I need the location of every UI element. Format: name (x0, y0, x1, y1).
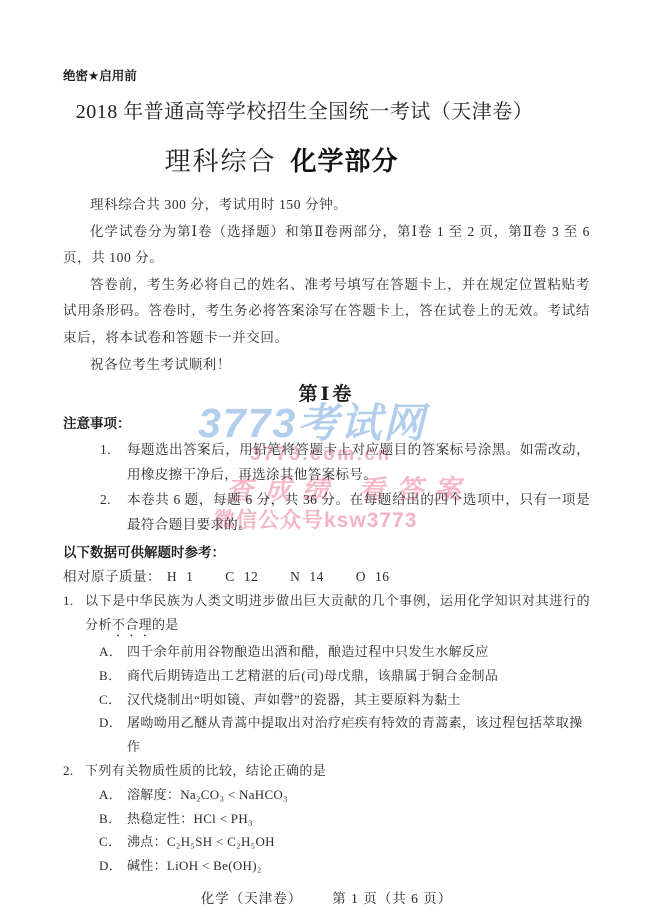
section-1-heading: 第Ⅰ卷 (63, 379, 590, 406)
page-content: 绝密★启用前 2018 年普通高等学校招生全国统一考试（天津卷） 理科综合 化学… (0, 0, 650, 907)
subject-course-label: 理科综合 (164, 147, 276, 176)
question-1: 1. 以下是中华民族为人类文明进步做出巨大贡献的几个事例，运用化学知识对其进行的… (63, 589, 590, 759)
atomic-mass-entry: H1 (165, 569, 194, 584)
option-text: 碱性：LiOH < Be(OH)₂ (127, 854, 590, 878)
instruction-paragraph: 答卷前，考生务必将自己的姓名、准考号填写在答题卡上，并在规定位置粘贴考试用条形码… (63, 272, 590, 352)
question-stem-text: 下列有关物质性质的比较，结论正确的是 (85, 759, 590, 783)
classification-label: 绝密★启用前 (63, 66, 590, 84)
subject-title: 理科综合 化学部分 (18, 141, 545, 178)
question-number: 2. (63, 759, 85, 783)
element-symbol: H (167, 569, 177, 584)
option-text: 溶解度：Na₂CO₃ < NaHCO₃ (127, 783, 590, 807)
notice-item-text: 每题选出答案后，用铅笔将答题卡上对应题目的答案标号涂黑。如需改动，用橡皮擦干净后… (127, 437, 590, 487)
atomic-mass-label: 相对原子质量： (63, 569, 161, 584)
exam-instructions: 理科综合共 300 分，考试用时 150 分钟。 化学试卷分为第Ⅰ卷（选择题）和… (63, 192, 590, 378)
question-2-option-b: B． 热稳定性：HCl < PH₃ (63, 807, 590, 831)
footer-page-number: 第 1 页（共 6 页） (332, 891, 452, 906)
element-mass: 14 (309, 569, 324, 584)
exam-paper-page: 3773考试网 3773.com.cn 查成绩 看答案 微信公众号ksw3773… (0, 0, 650, 918)
element-symbol: N (290, 569, 300, 584)
footer-subject: 化学（天津卷） (201, 891, 303, 906)
question-2: 2. 下列有关物质性质的比较，结论正确的是 A． 溶解度：Na₂CO₃ < Na… (63, 759, 590, 878)
option-label: A． (99, 783, 127, 807)
option-label: C． (99, 830, 127, 854)
notice-item: 1. 每题选出答案后，用铅笔将答题卡上对应题目的答案标号涂黑。如需改动，用橡皮擦… (63, 437, 590, 487)
notice-item-text: 本卷共 6 题，每题 6 分，共 36 分。在每题给出的四个选项中，只有一项是最… (127, 487, 590, 537)
element-mass: 12 (244, 569, 259, 584)
option-label: D． (99, 711, 127, 759)
option-text: 沸点：C₂H₅SH < C₂H₅OH (127, 830, 590, 854)
question-2-option-a: A． 溶解度：Na₂CO₃ < NaHCO₃ (63, 783, 590, 807)
element-mass: 1 (186, 569, 193, 584)
stem-text-post: 的是 (152, 617, 179, 632)
question-stem-text: 以下是中华民族为人类文明进步做出巨大贡献的几个事例，运用化学知识对其进行的分析不… (85, 589, 590, 640)
stem-text-emphasized: 不合理 (112, 617, 152, 632)
question-2-option-c: C． 沸点：C₂H₅SH < C₂H₅OH (63, 830, 590, 854)
atomic-mass-entry: C12 (223, 569, 258, 584)
instruction-paragraph: 祝各位考生考试顺利！ (63, 352, 590, 379)
reference-data-note: 以下数据可供解题时参考： (63, 541, 590, 565)
atomic-mass-entry: N14 (288, 569, 324, 584)
question-1-option-b: B． 商代后期铸造出工艺精湛的后(司)母戊鼎，该鼎属于铜合金制品 (63, 664, 590, 688)
atomic-mass-entry: O16 (354, 569, 390, 584)
option-text: 热稳定性：HCl < PH₃ (127, 807, 590, 831)
question-1-option-d: D． 屠呦呦用乙醚从青蒿中提取出对治疗疟疾有特效的青蒿素，该过程包括萃取操作 (63, 711, 590, 759)
question-2-option-d: D． 碱性：LiOH < Be(OH)₂ (63, 854, 590, 878)
notice-item: 2. 本卷共 6 题，每题 6 分，共 36 分。在每题给出的四个选项中，只有一… (63, 487, 590, 537)
question-1-stem: 1. 以下是中华民族为人类文明进步做出巨大贡献的几个事例，运用化学知识对其进行的… (63, 589, 590, 640)
option-label: B． (99, 807, 127, 831)
option-label: A． (99, 640, 127, 664)
instruction-paragraph: 理科综合共 300 分，考试用时 150 分钟。 (63, 192, 590, 219)
atomic-mass-line: 相对原子质量： H1 C12 N14 O16 (63, 565, 590, 589)
exam-title: 2018 年普通高等学校招生全国统一考试（天津卷） (41, 95, 568, 124)
question-2-stem: 2. 下列有关物质性质的比较，结论正确的是 (63, 759, 590, 783)
subject-part-label: 化学部分 (291, 146, 399, 176)
option-label: C． (99, 688, 127, 712)
notice-item-number: 2. (100, 487, 127, 537)
question-1-option-c: C． 汉代烧制出“明如镜、声如磬”的瓷器，其主要原料为黏土 (63, 688, 590, 712)
instruction-paragraph: 化学试卷分为第Ⅰ卷（选择题）和第Ⅱ卷两部分，第Ⅰ卷 1 至 2 页，第Ⅱ卷 3 … (63, 219, 590, 272)
notice-item-number: 1. (100, 437, 127, 487)
element-symbol: C (225, 569, 235, 584)
notice-list: 1. 每题选出答案后，用铅笔将答题卡上对应题目的答案标号涂黑。如需改动，用橡皮擦… (63, 437, 590, 537)
option-text: 屠呦呦用乙醚从青蒿中提取出对治疗疟疾有特效的青蒿素，该过程包括萃取操作 (127, 711, 590, 759)
option-label: B． (99, 664, 127, 688)
question-1-option-a: A． 四千余年前用谷物酿造出酒和醋，酿造过程中只发生水解反应 (63, 640, 590, 664)
element-mass: 16 (375, 569, 390, 584)
option-text: 四千余年前用谷物酿造出酒和醋，酿造过程中只发生水解反应 (127, 640, 590, 664)
option-text: 商代后期铸造出工艺精湛的后(司)母戊鼎，该鼎属于铜合金制品 (127, 664, 590, 688)
element-symbol: O (356, 569, 366, 584)
notice-title: 注意事项： (63, 412, 590, 436)
page-footer: 化学（天津卷）第 1 页（共 6 页） (63, 887, 590, 907)
question-number: 1. (63, 589, 85, 640)
option-text: 汉代烧制出“明如镜、声如磬”的瓷器，其主要原料为黏土 (127, 688, 590, 712)
option-label: D． (99, 854, 127, 878)
